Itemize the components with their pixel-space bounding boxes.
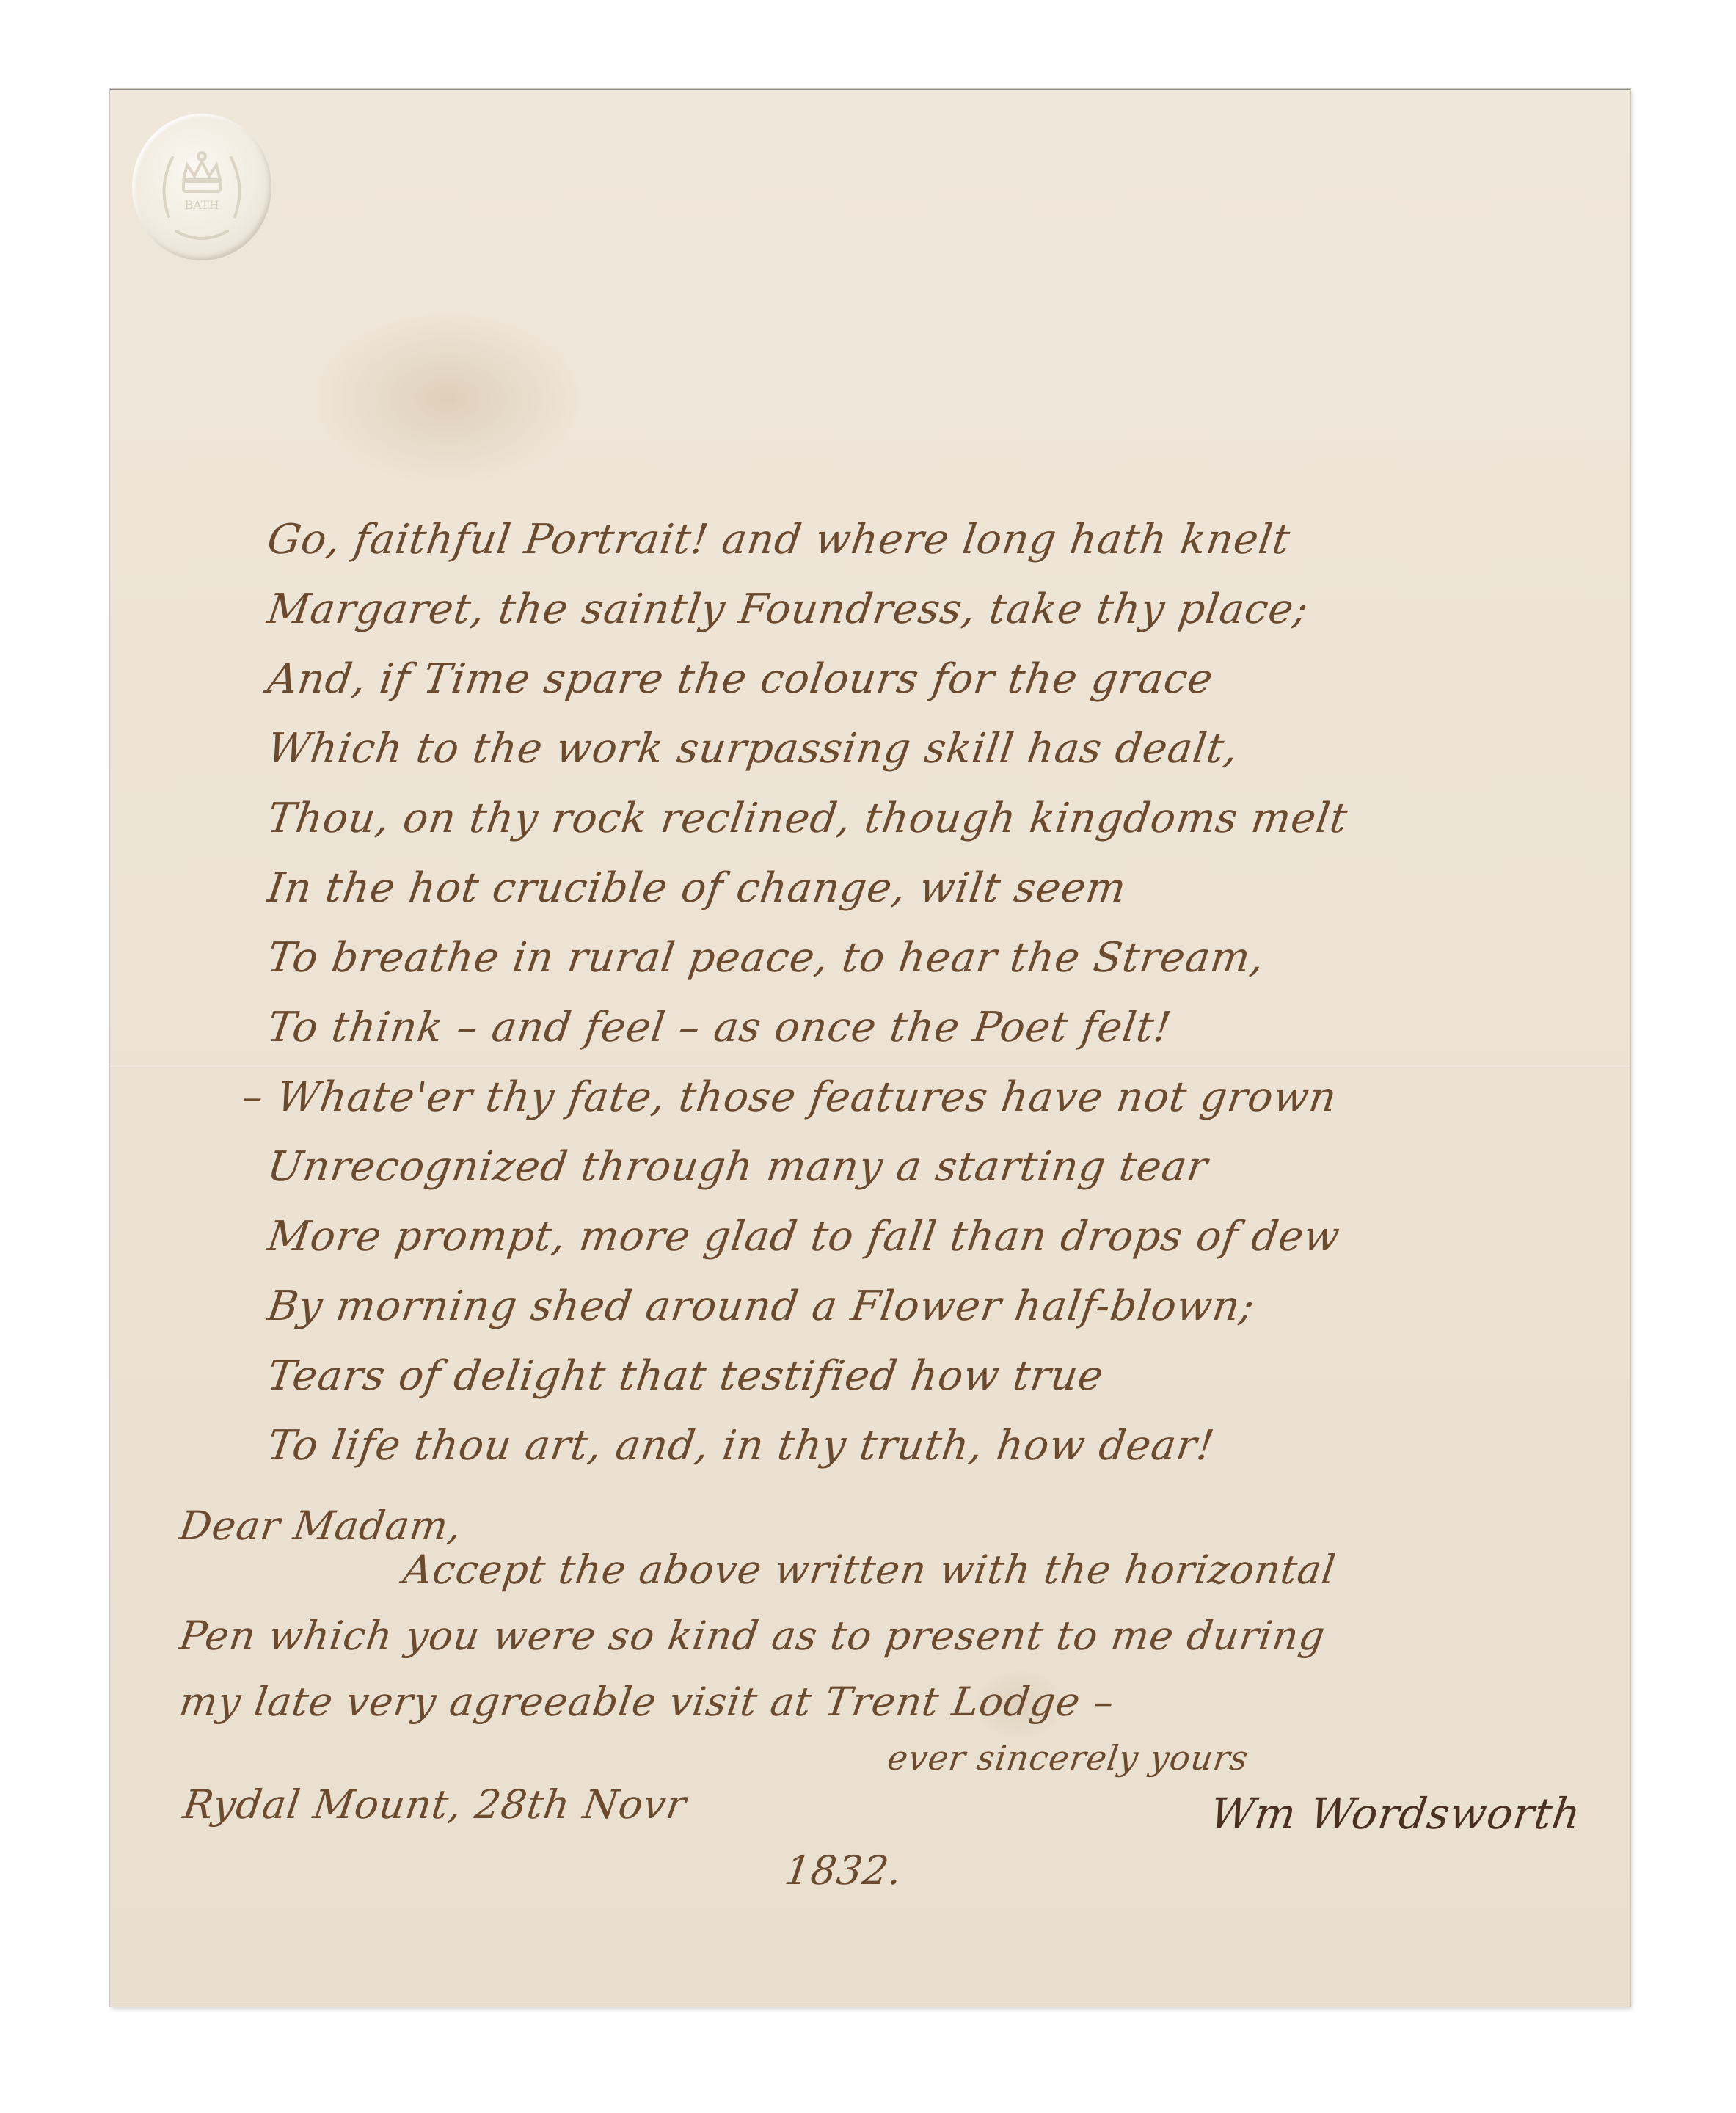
poem-line-11: More prompt, more glad to fall than drop… bbox=[265, 1216, 1343, 1258]
letter-year: 1832. bbox=[782, 1851, 905, 1891]
poem-line-12: By morning shed around a Flower half-blo… bbox=[265, 1286, 1258, 1327]
letter-line-2: Pen which you were so kind as to present… bbox=[177, 1616, 1327, 1656]
letter-salutation: Dear Madam, bbox=[177, 1506, 464, 1546]
poem-line-7: To breathe in rural peace, to hear the S… bbox=[265, 938, 1267, 979]
letter-place-date: Rydal Mount, 28th Novr bbox=[180, 1785, 689, 1825]
poem-line-13: Tears of delight that testified how true bbox=[265, 1356, 1106, 1397]
signature: Wm Wordsworth bbox=[1208, 1792, 1583, 1835]
svg-text:BATH: BATH bbox=[184, 198, 219, 212]
letter-closing: ever sincerely yours bbox=[886, 1741, 1251, 1775]
poem-line-2: Margaret, the saintly Foundress, take th… bbox=[265, 589, 1311, 630]
blind-emboss-seal: BATH bbox=[132, 114, 271, 260]
letter-line-3: my late very agreeable visit at Trent Lo… bbox=[177, 1682, 1117, 1722]
manuscript-sheet: BATH Go, faithful Portrait! and where lo… bbox=[110, 89, 1630, 2007]
poem-line-1: Go, faithful Portrait! and where long ha… bbox=[265, 519, 1293, 561]
crown-wreath-emboss-icon: BATH bbox=[147, 128, 257, 246]
letter-line-1: Accept the above written with the horizo… bbox=[401, 1550, 1338, 1590]
paper-fold-crease bbox=[110, 1066, 1630, 1068]
poem-line-10: Unrecognized through many a starting tea… bbox=[265, 1147, 1211, 1188]
poem-line-5: Thou, on thy rock reclined, though kingd… bbox=[265, 798, 1350, 839]
poem-line-8: To think – and feel – as once the Poet f… bbox=[265, 1007, 1174, 1048]
poem-line-9: – Whate'er thy fate, those features have… bbox=[239, 1077, 1339, 1118]
poem-line-6: In the hot crucible of change, wilt seem bbox=[265, 868, 1129, 909]
poem-line-3: And, if Time spare the colours for the g… bbox=[265, 659, 1216, 700]
poem-line-4: Which to the work surpassing skill has d… bbox=[265, 729, 1241, 770]
poem-line-14: To life thou art, and, in thy truth, how… bbox=[265, 1426, 1217, 1467]
